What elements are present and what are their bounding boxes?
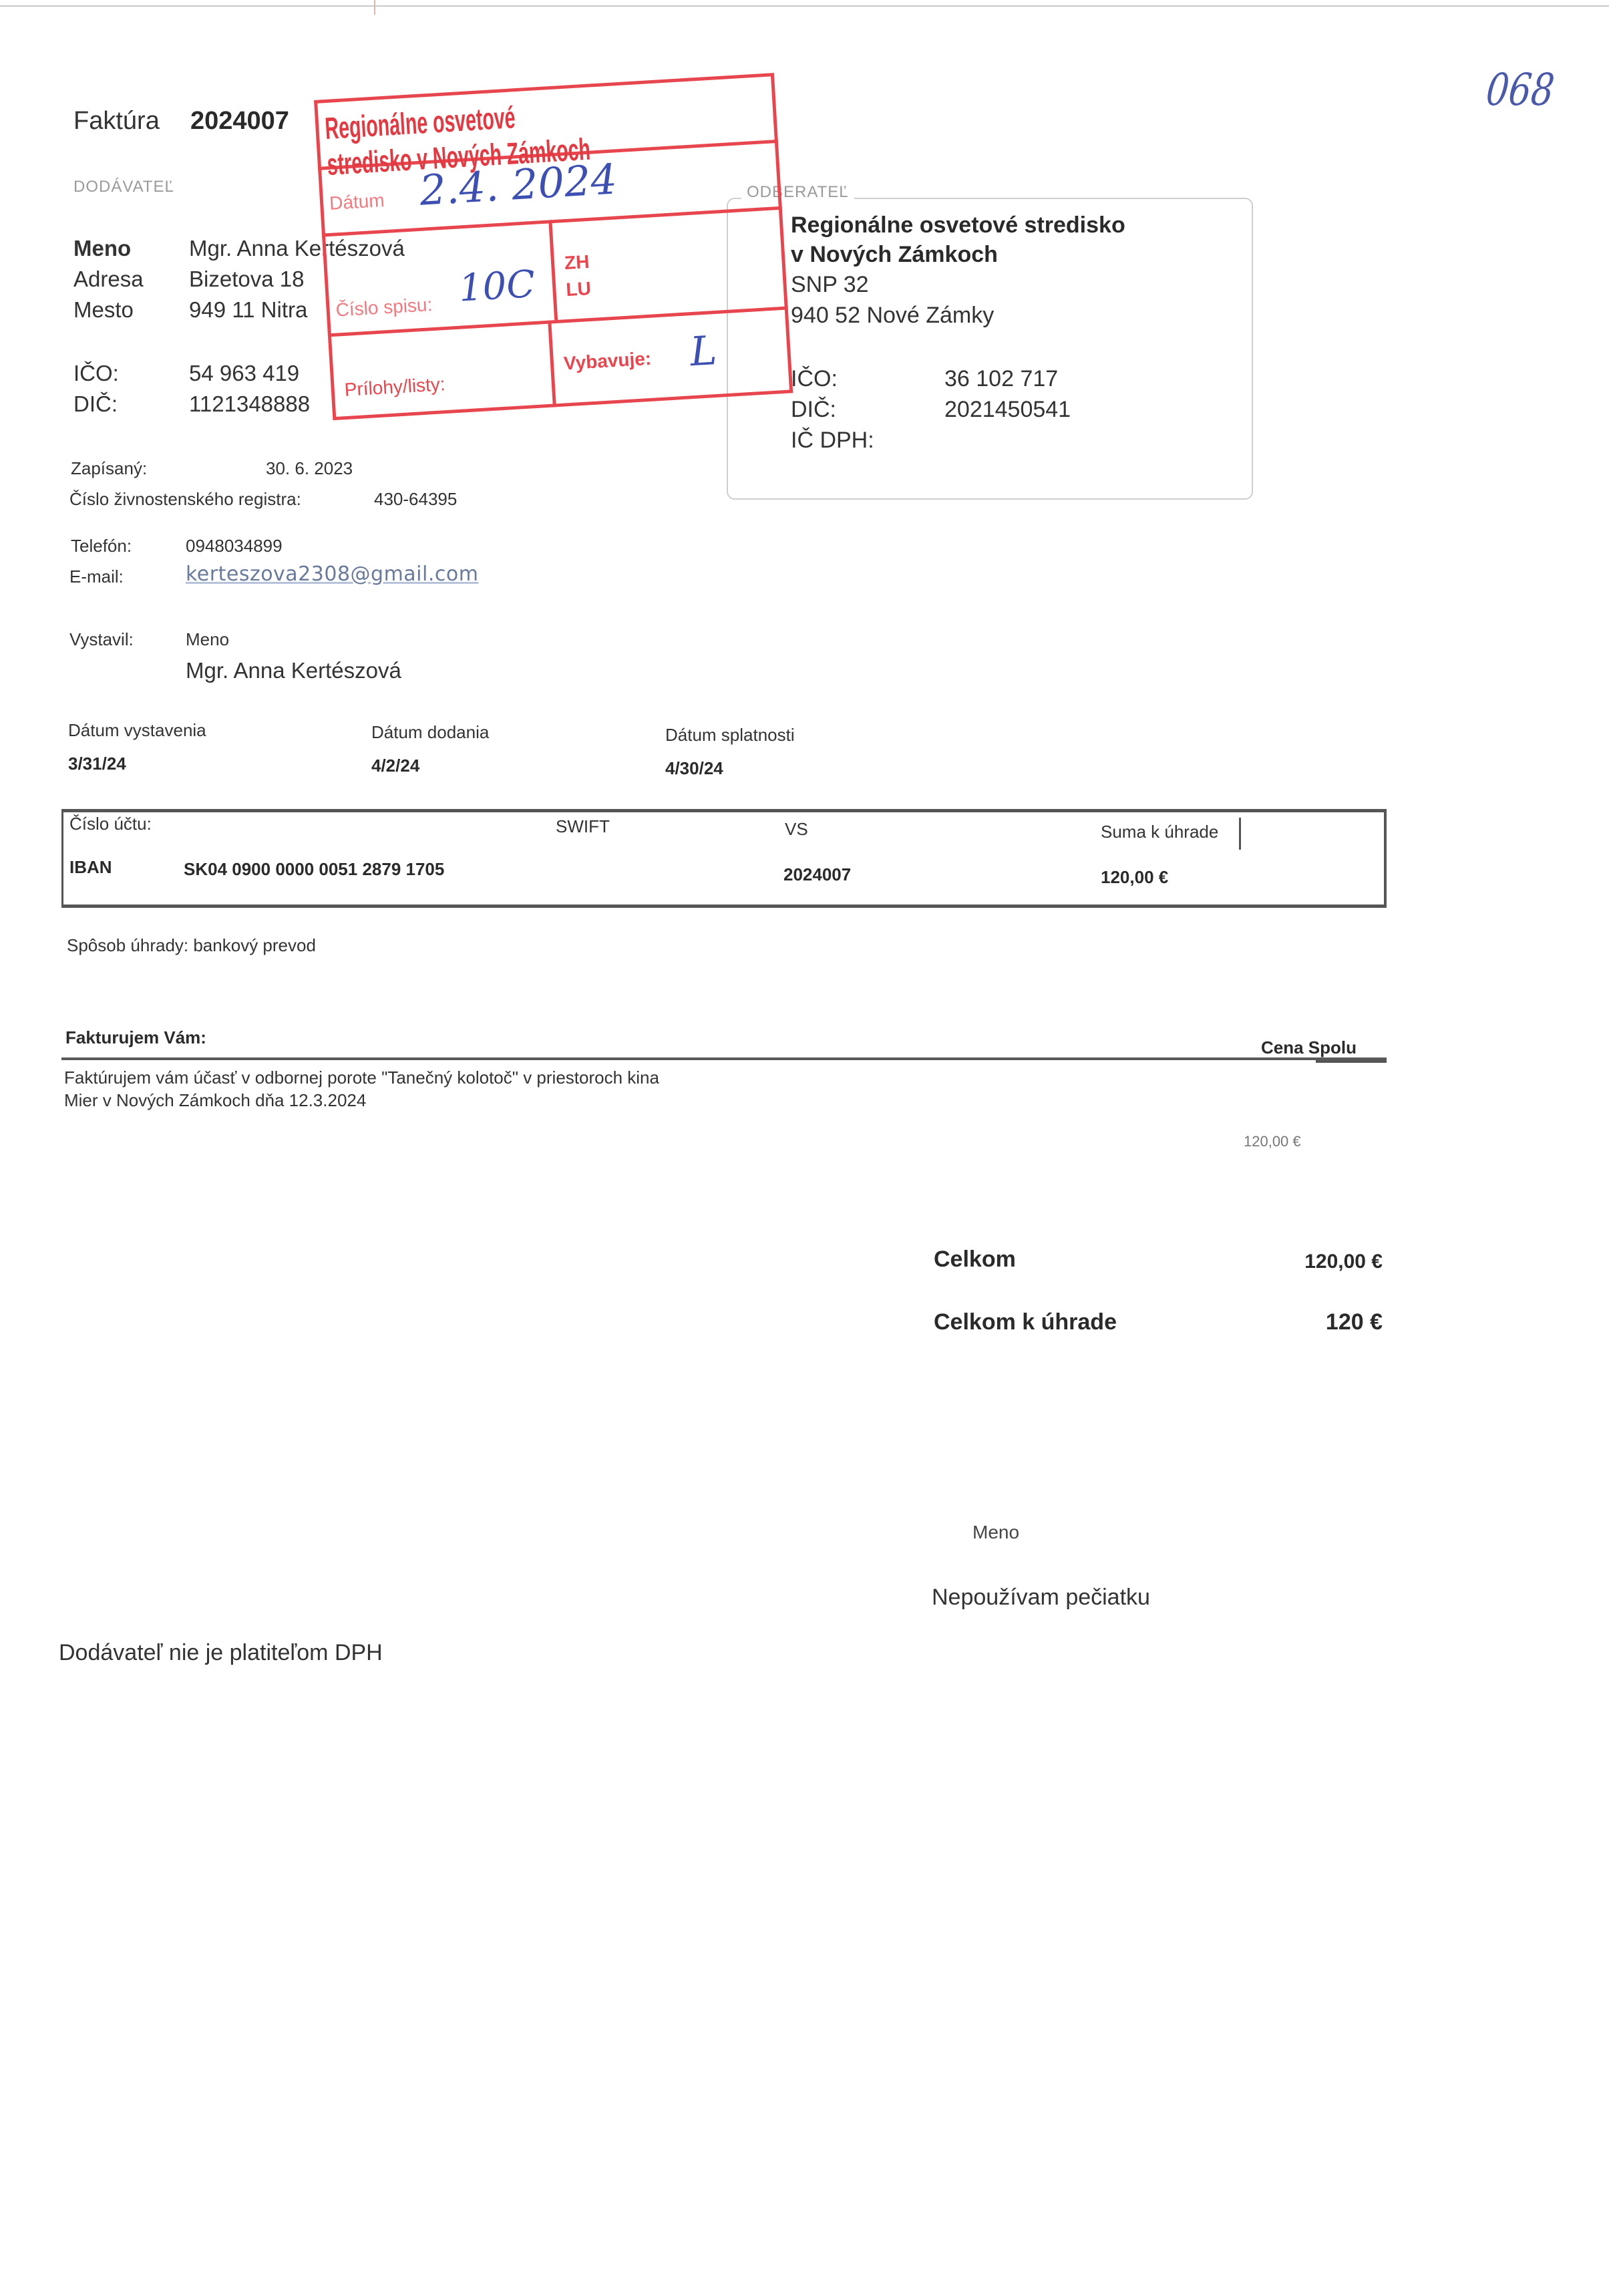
phone-number: 0948034899 [186,536,283,556]
iban-value[interactable]: SK04 0900 0000 0051 2879 1705 [184,859,444,880]
stamp-handler-handwritten: L [689,327,718,375]
delivery-date-label: Dátum dodania [371,722,489,743]
supplier-address: Bizetova 18 [189,267,304,292]
stamp-code-lu: LU [566,278,592,301]
vs-label: VS [785,819,808,840]
iban-label: IBAN [69,857,112,878]
issuer-name-caption: Meno [186,629,229,650]
scan-edge-line [0,5,1609,7]
amount-due-label: Suma k úhrade [1101,822,1218,842]
trade-register-label: Číslo živnostenského registra: [69,489,301,510]
registry-stamp: Regionálne osvetové stredisko v Nových Z… [314,73,793,420]
no-stamp-note: Nepoužívam pečiatku [932,1585,1150,1611]
signature-name-caption: Meno [972,1522,1019,1543]
issue-date-label: Dátum vystavenia [68,720,206,741]
delivery-date: 4/2/24 [371,756,419,776]
email-label: E-mail: [69,566,124,587]
supplier-city: 949 11 Nitra [189,297,307,323]
price-header-rule [1316,1060,1387,1063]
amount-due: 120,00 € [1101,867,1168,888]
items-header-rule [61,1057,1387,1060]
price-header: Cena Spolu [1261,1037,1357,1058]
account-label: Číslo účtu: [69,814,152,834]
customer-ico: 36 102 717 [944,366,1058,392]
email-link[interactable]: kerteszova2308@gmail.com [186,562,478,586]
supplier-dic: 1121348888 [189,391,310,417]
items-header: Fakturujem Vám: [65,1027,206,1048]
total-due-value: 120 € [1269,1309,1383,1335]
customer-city: 940 52 Nové Zámky [791,303,994,329]
item-description: Faktúrujem vám účasť v odbornej porote "… [64,1066,665,1112]
payment-method: Spôsob úhrady: bankový prevod [67,935,316,956]
customer-dic: 2021450541 [944,397,1071,423]
variable-symbol: 2024007 [783,864,851,885]
invoice-label: Faktúra [73,107,160,136]
supplier-ico-label: IČO: [73,361,119,386]
registered-label: Zapísaný: [71,458,147,479]
scan-mark [374,0,375,15]
total-label: Celkom [934,1247,1016,1273]
issuer-label: Vystavil: [69,629,134,650]
due-date-label: Dátum splatnosti [665,725,795,746]
customer-name-line1: Regionálne osvetové stredisko [791,212,1125,238]
customer-icdph-label: IČ DPH: [791,428,874,454]
customer-street: SNP 32 [791,272,869,298]
vat-note: Dodávateľ nie je platiteľom DPH [59,1640,383,1666]
stamp-date-label: Dátum [329,190,385,214]
supplier-name-label: Meno [73,236,131,261]
customer-ico-label: IČO: [791,366,838,392]
supplier-ico: 54 963 419 [189,361,299,386]
total-due-label: Celkom k úhrade [934,1309,1117,1335]
due-date: 4/30/24 [665,758,723,779]
item-price: 120,00 € [1244,1133,1301,1150]
bank-box-divider [1239,818,1241,850]
archive-number-handwritten: 068 [1483,64,1556,116]
invoice-number: 2024007 [190,107,289,136]
phone-label: Telefón: [71,536,132,556]
total-value: 120,00 € [1269,1251,1383,1273]
supplier-address-label: Adresa [73,267,144,292]
customer-name-line2: v Nových Zámkoch [791,242,998,268]
supplier-dic-label: DIČ: [73,391,118,417]
issue-date: 3/31/24 [68,754,126,774]
stamp-registry-handwritten: 10C [458,263,536,311]
issuer-name: Mgr. Anna Kertészová [186,658,401,683]
supplier-city-label: Mesto [73,297,134,323]
supplier-caption: DODÁVATEĽ [73,178,174,196]
stamp-code-zh: ZH [564,251,590,274]
swift-label: SWIFT [556,816,610,837]
registered-date: 30. 6. 2023 [266,458,353,479]
customer-dic-label: DIČ: [791,397,836,423]
trade-register-number: 430-64395 [374,489,457,510]
